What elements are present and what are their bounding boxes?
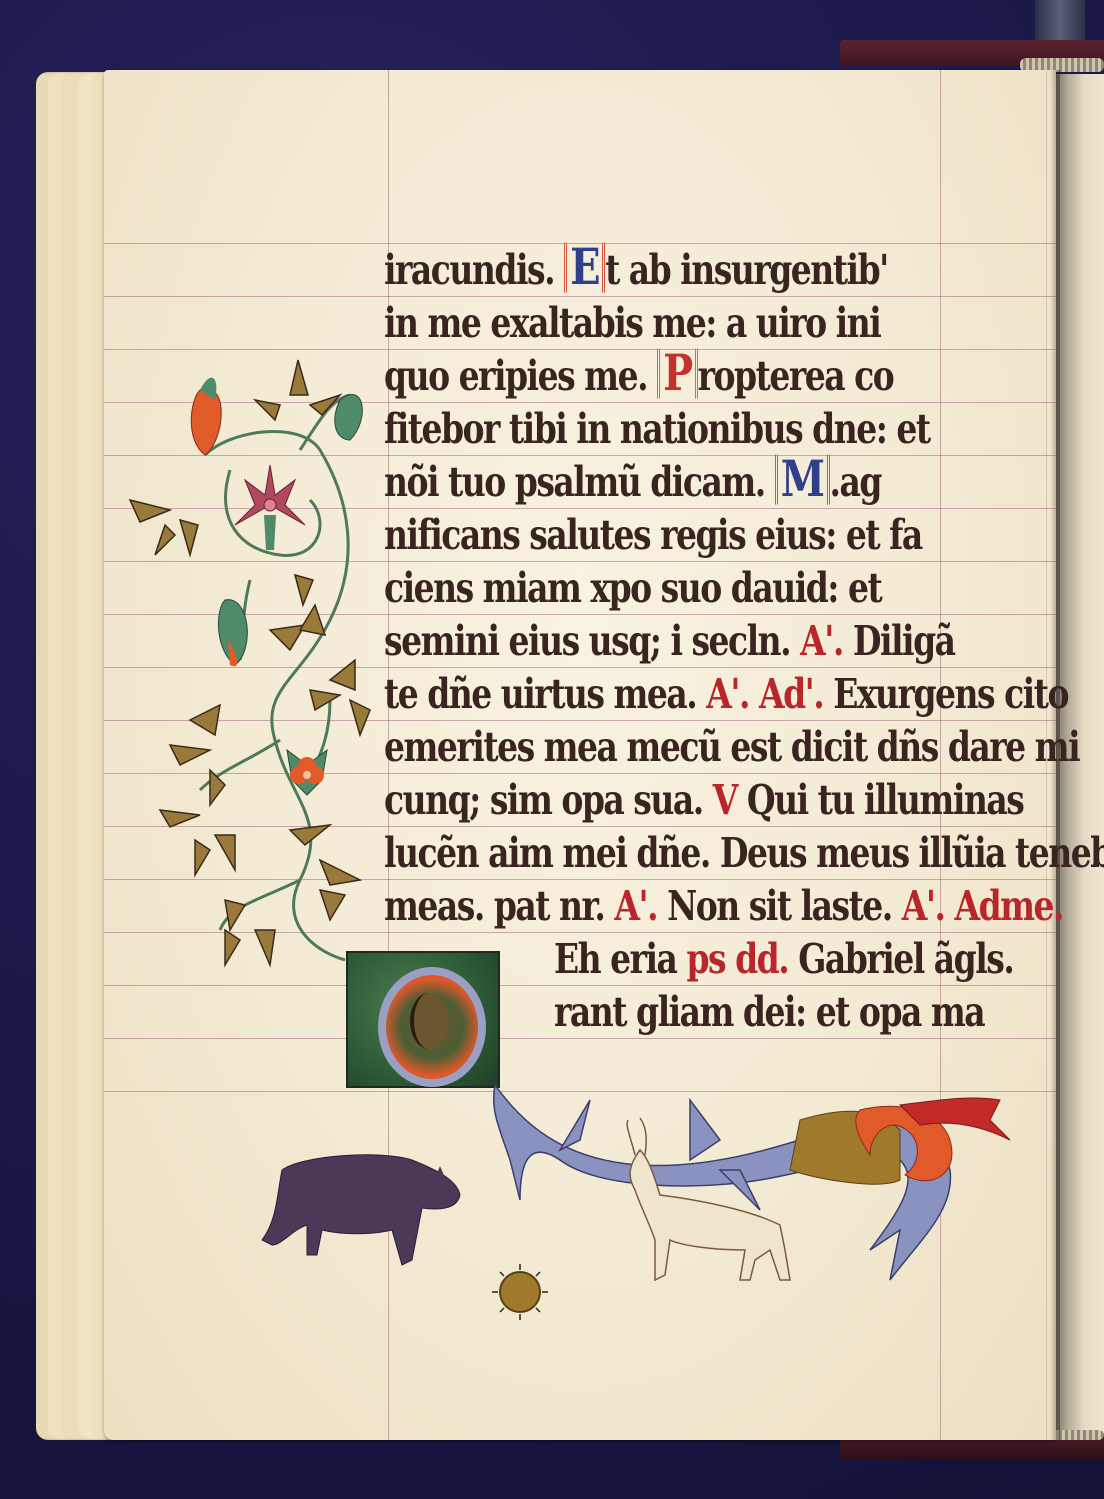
ruling-horizontal: [104, 1091, 1056, 1092]
rubric-text: ps dd.: [686, 934, 798, 983]
pen-flourished-initial: P: [657, 349, 698, 399]
text-segment: meas. pat nr.: [384, 881, 614, 930]
text-segment: Gabriel ãgls.: [798, 934, 1013, 983]
book-clasp: [1035, 0, 1085, 42]
text-segment: nificans salutes regis eius: et fa: [384, 510, 922, 559]
text-segment: ciens miam xpo suo dauid: et: [384, 563, 881, 612]
rubric-text: A'.: [614, 881, 667, 930]
manuscript-line: rant gliam dei: et opa ma: [384, 978, 964, 1044]
text-block: iracundis. E t ab insurgentib' in me exa…: [384, 243, 964, 1038]
text-segment: fitebor tibi in nationibus dne: et: [384, 404, 930, 453]
text-segment: ropterea co: [698, 351, 894, 400]
text-segment: t ab insurgentib': [605, 245, 888, 294]
text-segment: Non sit laste.: [667, 881, 902, 930]
rubric-text: A'. Ad'.: [706, 669, 833, 718]
leather-binding-bottom: [840, 1438, 1104, 1460]
pen-flourished-initial: M: [775, 455, 830, 505]
text-segment: Qui tu illuminas: [747, 775, 1024, 824]
text-segment: quo eripies me.: [384, 351, 657, 400]
text-segment: cunq; sim opa sua.: [384, 775, 713, 824]
rubric-text: A'.: [800, 616, 853, 665]
text-segment: Eh eria: [554, 934, 686, 983]
text-segment: te dñe uirtus mea.: [384, 669, 706, 718]
rubric-text: A'. Adme.: [902, 881, 1063, 930]
text-segment: emerites mea mecũ est dicit dñs dare mi: [384, 722, 1079, 771]
text-segment: Exurgens cito: [833, 669, 1068, 718]
text-segment: rant gliam dei: et opa ma: [554, 987, 984, 1036]
text-segment: nõi tuo psalmũ dicam.: [384, 457, 775, 506]
text-segment: Diligã: [853, 616, 955, 665]
text-segment: .ag: [830, 457, 881, 506]
text-segment: iracundis.: [384, 245, 564, 294]
text-segment: in me exaltabis me: a uiro ini: [384, 298, 880, 347]
text-segment: semini eius usq; i secln.: [384, 616, 800, 665]
rubric-text: V: [713, 775, 747, 824]
text-segment: lucẽn aim mei dñe. Deus meus illũia tene…: [384, 828, 1104, 877]
pen-flourished-initial: E: [564, 243, 605, 293]
